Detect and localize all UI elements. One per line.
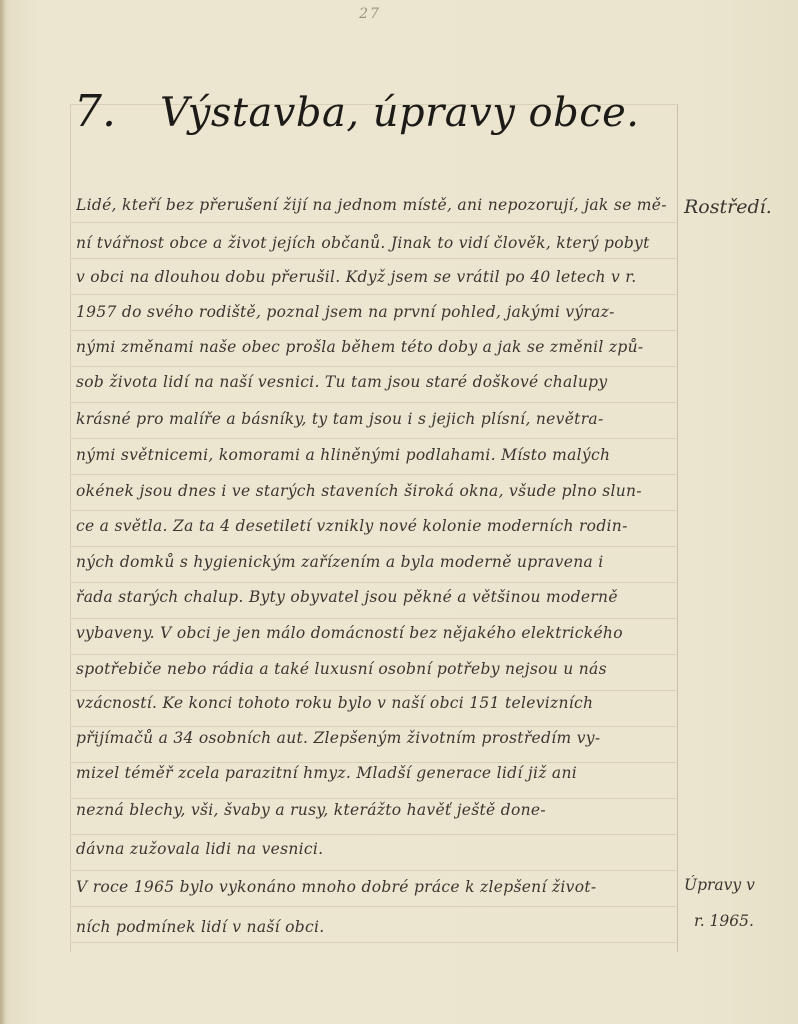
body-line: v obci na dlouhou dobu přerušil. Když js… [76,268,678,286]
ruled-line [70,654,678,655]
body-line: nezná blechy, vši, švaby a rusy, kterážt… [76,801,678,819]
body-line: ní tvářnost obce a život jejích občanů. … [76,234,678,252]
margin-note-environment: Rostředí. [684,196,772,218]
body-line: přijímačů a 34 osobních aut. Zlepšeným ž… [76,729,678,747]
ruled-line [70,942,678,943]
body-line: vybaveny. V obci je jen málo domácností … [76,624,678,642]
margin-note-year: r. 1965. [694,912,754,930]
body-line: Lidé, kteří bez přerušení žijí na jednom… [76,196,678,214]
ruled-line [70,762,678,763]
margin-note-adjustments: Úpravy v [684,876,755,894]
ruled-line [70,366,678,367]
body-line: V roce 1965 bylo vykonáno mnoho dobré pr… [76,878,678,896]
ruled-line [70,546,678,547]
body-line: sob života lidí na naší vesnici. Tu tam … [76,373,678,391]
ruled-line [70,582,678,583]
body-line: ních podmínek lidí v naší obci. [76,918,678,936]
chapter-number: 7. [74,86,116,137]
ruled-line [70,870,678,871]
chapter-title: Výstavba, úpravy obce. [160,90,640,136]
ruled-line [70,294,678,295]
body-line: 1957 do svého rodiště, poznal jsem na pr… [76,303,678,321]
body-line: ných domků s hygienickým zařízením a byl… [76,553,678,571]
body-line: spotřebiče nebo rádia a také luxusní oso… [76,660,678,678]
body-line: okének jsou dnes i ve starých staveních … [76,482,678,500]
notebook-page: 27 7. Výstavba, úpravy obce. Lidé, kteří… [0,0,798,1024]
ruled-line [70,222,678,223]
ruled-line [70,726,678,727]
ruled-line [70,330,678,331]
body-line: ce a světla. Za ta 4 desetiletí vznikly … [76,517,678,535]
ruled-line [70,906,678,907]
ruled-line [70,402,678,403]
page-number: 27 [350,6,390,22]
body-line: řada starých chalup. Byty obyvatel jsou … [76,588,678,606]
ruled-line [70,474,678,475]
chapter-heading: 7. Výstavba, úpravy obce. [74,86,640,156]
ruled-line [70,258,678,259]
left-border-line [70,104,71,952]
body-line: nými změnami naše obec prošla během této… [76,338,678,356]
body-line: krásné pro malíře a básníky, ty tam jsou… [76,410,678,428]
ruled-line [70,510,678,511]
body-line: nými světnicemi, komorami a hliněnými po… [76,446,678,464]
ruled-line [70,834,678,835]
ruled-line [70,618,678,619]
ruled-line [70,438,678,439]
ruled-line [70,798,678,799]
body-line: dávna zužovala lidi na vesnici. [76,840,678,858]
body-line: mizel téměř zcela parazitní hmyz. Mladší… [76,764,678,782]
ruled-line [70,690,678,691]
binding-shadow [0,0,6,1024]
body-line: vzácností. Ke konci tohoto roku bylo v n… [76,694,678,712]
